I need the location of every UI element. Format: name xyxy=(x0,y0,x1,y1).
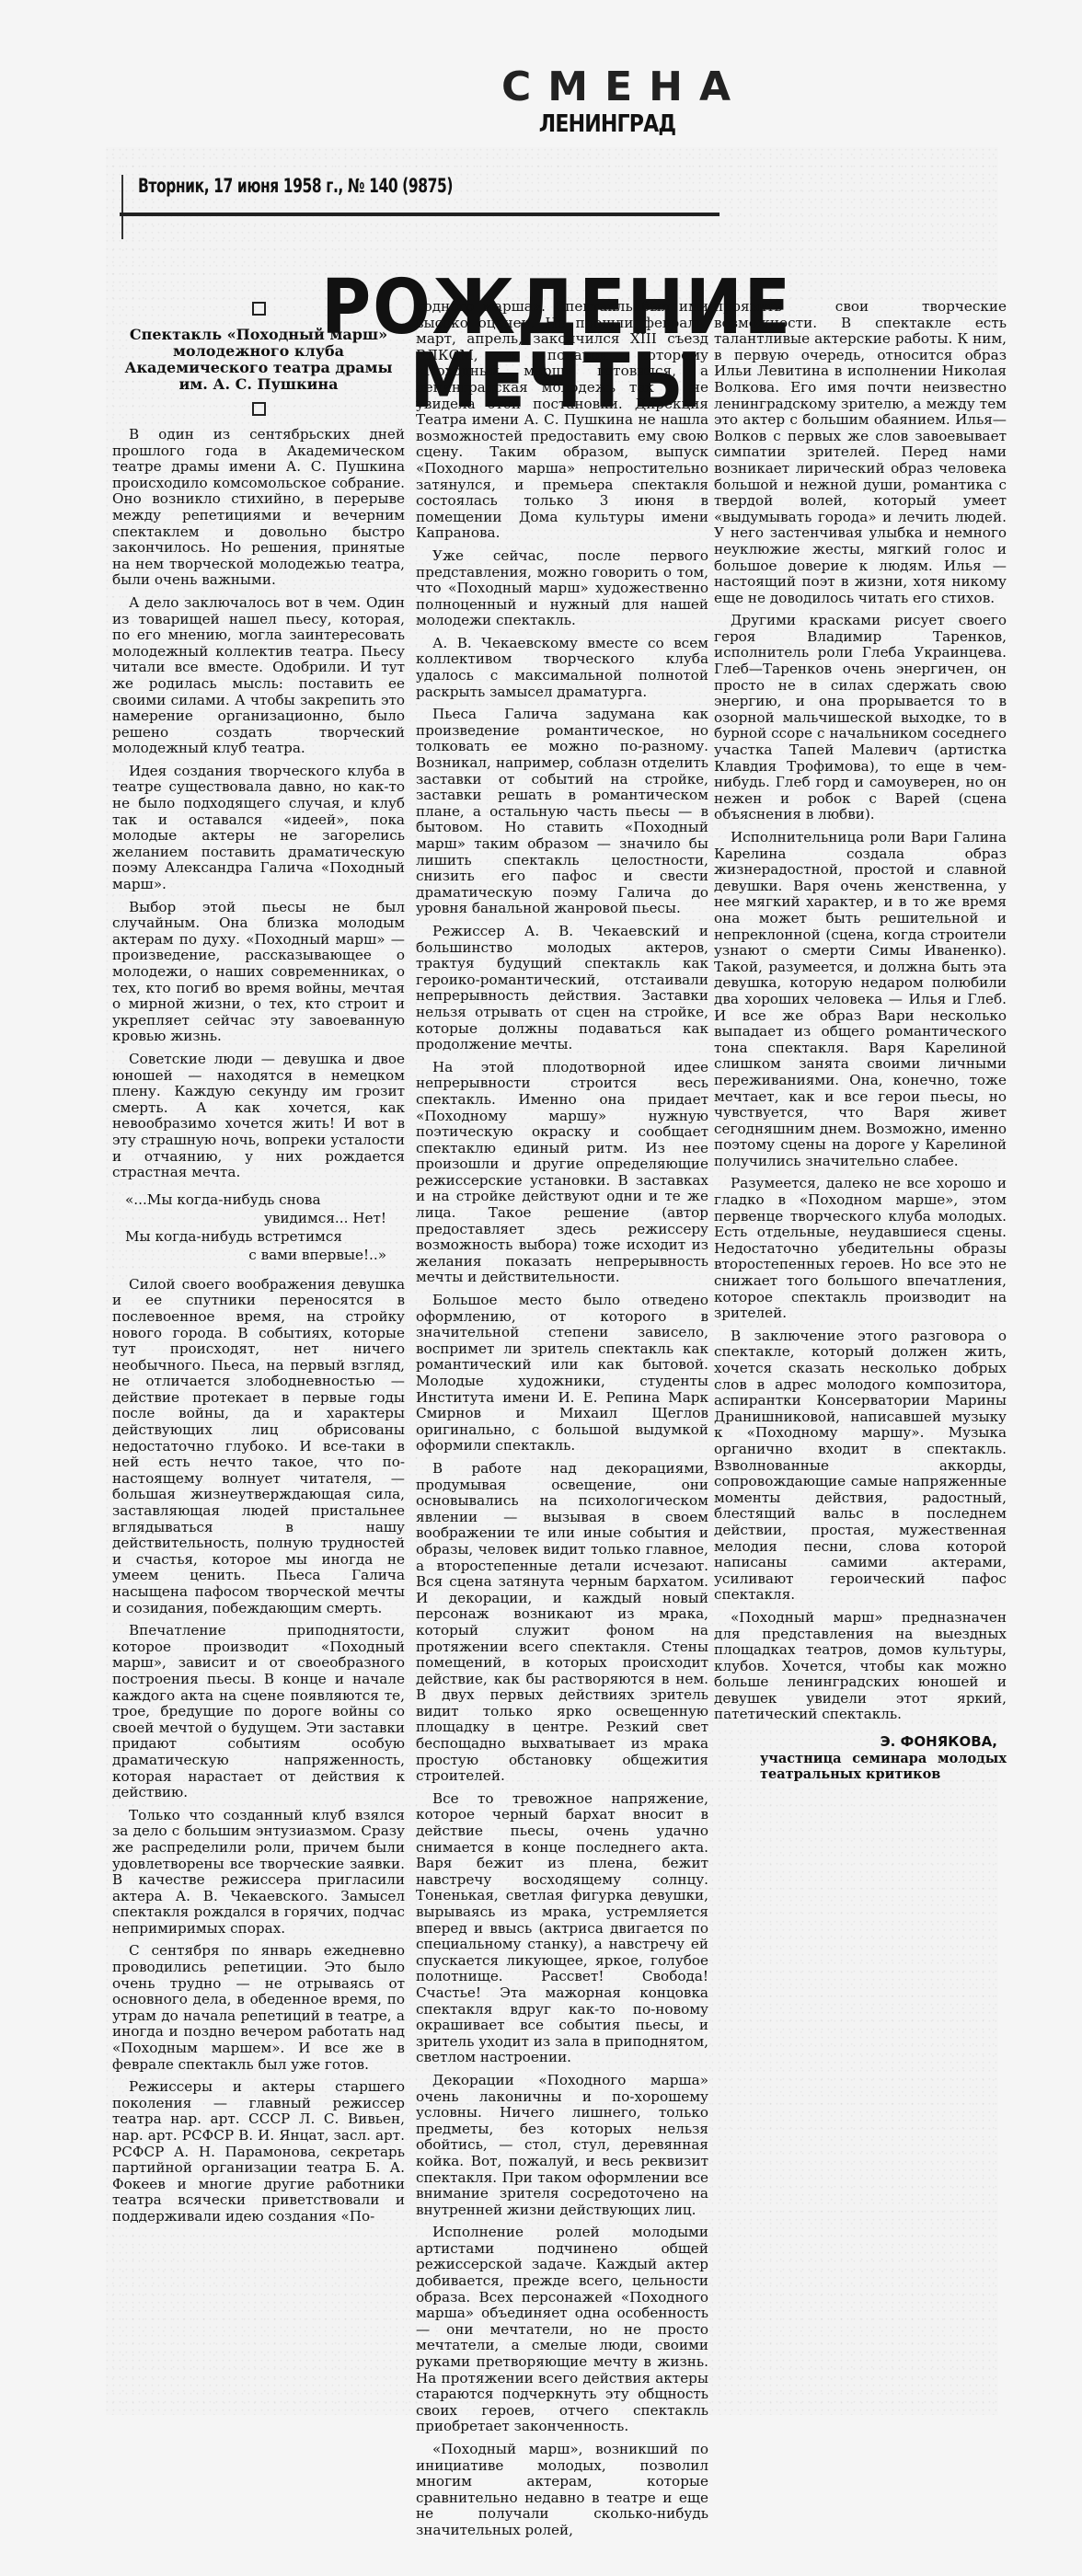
column-2: ходного марша». Спектакль был ими высоко… xyxy=(416,299,708,2546)
paragraph: «Походный марш», возникший по инициативе… xyxy=(416,2442,708,2539)
paragraph: Уже сейчас, после первого представления,… xyxy=(416,548,708,629)
paragraph: Пьеса Галича задумана как произведение р… xyxy=(416,707,708,917)
paragraph: Декорации «Походного марша» очень лакони… xyxy=(416,2073,708,2218)
article-subhead: Спектакль «Походный марш» молодежного кл… xyxy=(112,327,405,393)
dateline: Вторник, 17 июня 1958 г., № 140 (9875) xyxy=(138,175,453,197)
verse-quote: «...Мы когда-нибудь снова увидимся... Не… xyxy=(125,1190,405,1264)
paragraph: «Походный марш» предназначен для предста… xyxy=(714,1610,1007,1723)
header-rule xyxy=(120,213,719,216)
paragraph: ходного марша». Спектакль был ими высоко… xyxy=(416,299,708,542)
paragraph: В работе над декорациями, продумывая осв… xyxy=(416,1461,708,1785)
paragraph: Большое место было отведено оформлению, … xyxy=(416,1293,708,1455)
paragraph: Исполнение ролей молодыми артистами подч… xyxy=(416,2225,708,2435)
paragraph: проявить свои творческие возможности. В … xyxy=(714,299,1007,606)
paragraph: С сентября по январь ежедневно проводили… xyxy=(112,1943,405,2073)
paragraph: Все то тревожное напряжение, которое чер… xyxy=(416,1791,708,2066)
verse-line: увидимся... Нет! xyxy=(125,1209,405,1227)
paragraph: Советские люди — девушка и двое юношей —… xyxy=(112,1052,405,1181)
paragraph: В заключение этого разговора о спектакле… xyxy=(714,1328,1007,1604)
verse-line: Мы когда-нибудь встретимся xyxy=(125,1227,405,1246)
paragraph: Режиссер А. В. Чекаевский и большинство … xyxy=(416,924,708,1053)
paragraph: Исполнительница роли Вари Галина Карелин… xyxy=(714,830,1007,1169)
paragraph: На этой плодотворной идее непрерывности … xyxy=(416,1060,708,1286)
dateline-left-border xyxy=(121,175,123,239)
paragraph: Другими красками рисует своего героя Вла… xyxy=(714,613,1007,823)
paragraph: Идея создания творческого клуба в театре… xyxy=(112,764,405,893)
author-name: Э. ФОНЯКОВА, xyxy=(714,1734,1007,1751)
square-ornament-icon xyxy=(252,302,266,316)
newspaper-city: ЛЕНИНГРАД xyxy=(517,110,697,138)
verse-line: «...Мы когда-нибудь снова xyxy=(125,1190,405,1209)
column-3: проявить свои творческие возможности. В … xyxy=(714,299,1007,1782)
paragraph: Впечатление приподнятости, которое произ… xyxy=(112,1623,405,1801)
masthead: СМЕНА ЛЕНИНГРАД xyxy=(501,64,713,138)
verse-line: с вами впервые!..» xyxy=(125,1246,405,1264)
paragraph: А. В. Чекаевскому вместе со всем коллект… xyxy=(416,636,708,700)
column-1: Спектакль «Походный марш» молодежного кл… xyxy=(112,302,405,2232)
paragraph: Режиссеры и актеры старшего поколения — … xyxy=(112,2079,405,2225)
author-role: участница семинара молодых театральных к… xyxy=(760,1751,1007,1782)
square-ornament-icon xyxy=(252,402,266,416)
paragraph: Выбор этой пьесы не был случайным. Она б… xyxy=(112,900,405,1045)
paragraph: Силой своего воображения девушка и ее сп… xyxy=(112,1277,405,1616)
newspaper-name: СМЕНА xyxy=(501,64,713,110)
paragraph: А дело заключалось вот в чем. Один из то… xyxy=(112,595,405,757)
paragraph: Разумеется, далеко не все хорошо и гладк… xyxy=(714,1176,1007,1321)
paragraph: В один из сентябрьских дней прошлого год… xyxy=(112,427,405,589)
paragraph: Только что созданный клуб взялся за дело… xyxy=(112,1808,405,1938)
